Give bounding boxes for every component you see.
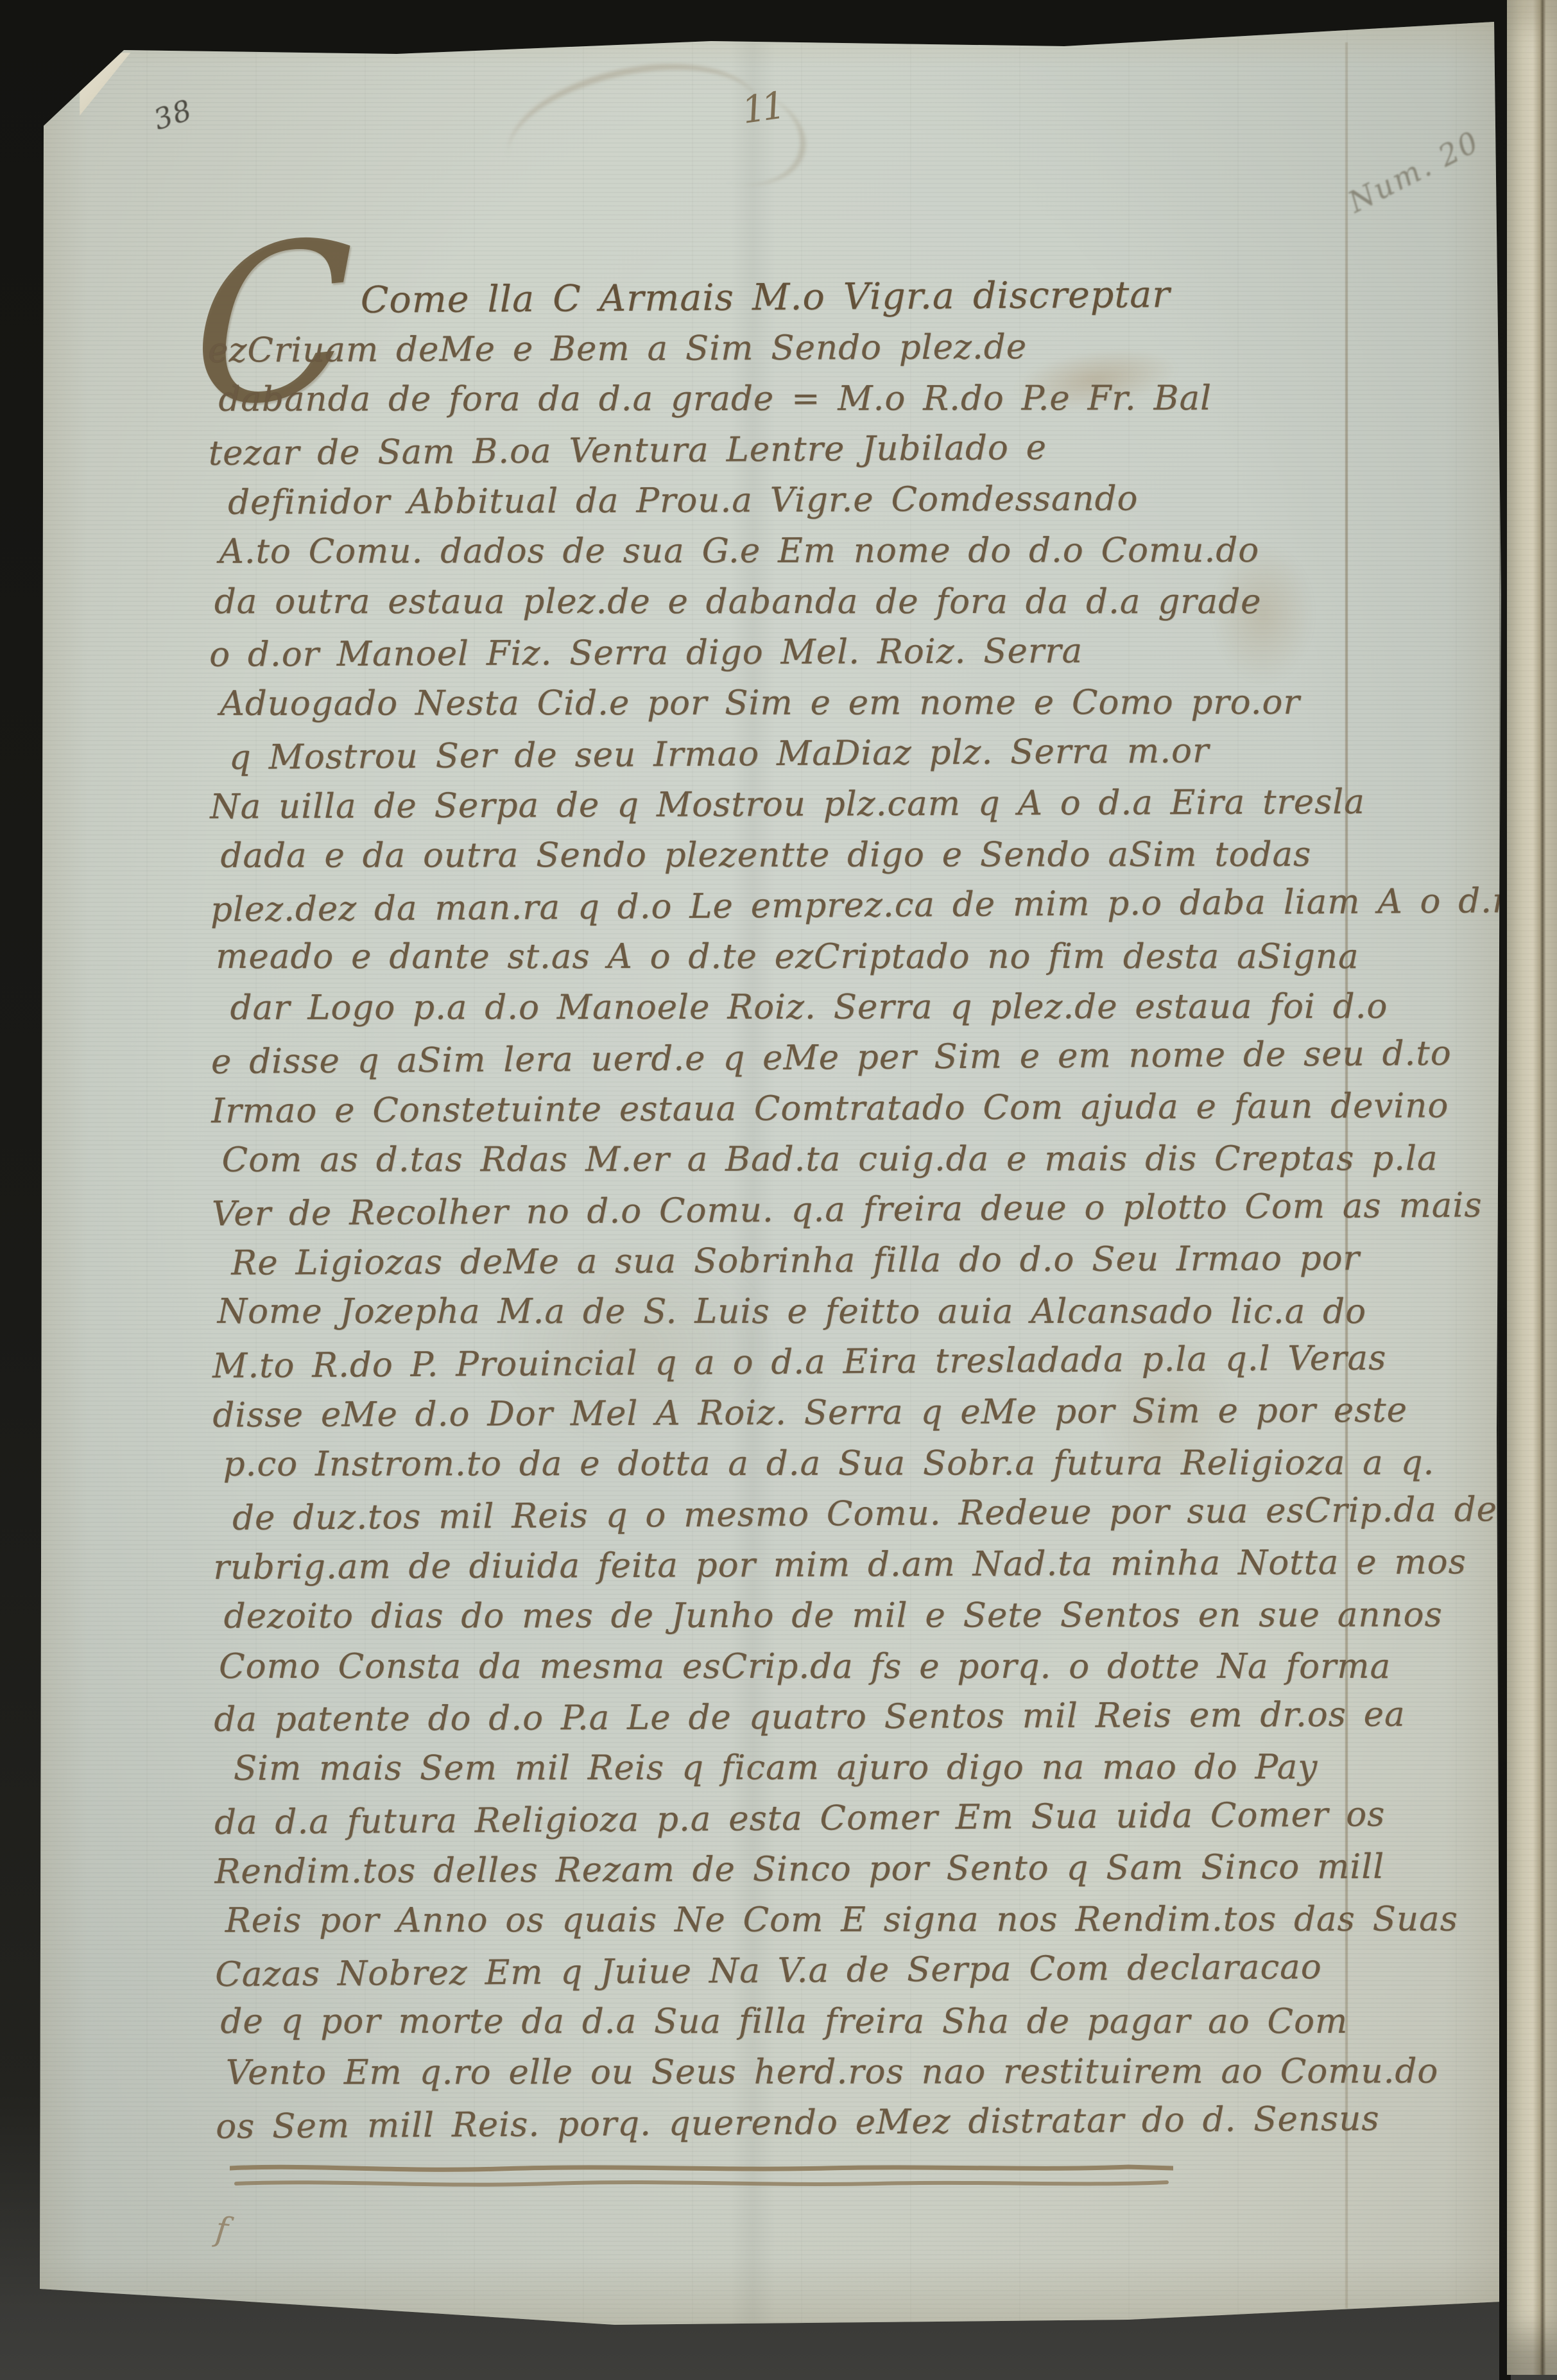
manuscript-text-block: Come lla C Armais M.o Vigr.a discreptar … <box>33 269 1508 2151</box>
manuscript-line: de duz.tos mil Reis q o mesmo Comu. Rede… <box>232 1485 1377 1544</box>
manuscript-line: Cazas Nobrez Em q Juiue Na V.a de Serpa … <box>215 1942 1379 2001</box>
manuscript-line: ezCriuam deMe e Bem a Sim Sendo plez.de <box>208 320 1371 376</box>
bottom-margin-mark: f <box>214 2210 230 2250</box>
manuscript-line: Nome Jozepha M.a de S. Luis e feitto aui… <box>218 1286 1375 1337</box>
manuscript-line: Reis por Anno os quais Ne Com E signa no… <box>225 1894 1378 1946</box>
manuscript-line: definidor Abbitual da Prou.a Vigr.e Comd… <box>228 472 1372 528</box>
manuscript-line: dar Logo p.a d.o Manoele Roiz. Serra q p… <box>230 981 1374 1033</box>
manuscript-line: da d.a futura Religioza p.a esta Comer E… <box>214 1789 1378 1849</box>
manuscript-line: os Sem mill Reis. porq. querendo eMez di… <box>216 2094 1379 2153</box>
manuscript-line: dada e da outra Sendo plezentte digo e S… <box>221 829 1373 881</box>
manuscript-line: o d.or Manoel Fiz. Serra digo Mel. Roiz.… <box>209 625 1372 680</box>
manuscript-line: meado e dante st.as A o d.te ezCriptado … <box>216 931 1373 982</box>
manuscript-line: da patente do d.o P.a Le de quatro Sento… <box>214 1689 1377 1745</box>
manuscript-line: Rendim.tos delles Rezam de Sinco por Sen… <box>214 1841 1377 1897</box>
manuscript-line: p.co Instrom.to da e dotta a d.a Sua Sob… <box>223 1438 1376 1490</box>
manuscript-line: dezoito dias do mes de Junho de mil e Se… <box>224 1590 1377 1642</box>
manuscript-line: A.to Comu. dados de sua G.e Em nome do d… <box>219 525 1372 577</box>
manuscript-line: Re Ligiozas deMe a sua Sobrinha filla do… <box>231 1233 1375 1289</box>
manuscript-line: tezar de Sam B.oa Ventura Lentre Jubilad… <box>209 420 1372 479</box>
manuscript-line: Vento Em q.ro elle ou Seus herd.ros nao … <box>226 2046 1379 2098</box>
manuscript-line: Como Consta da mesma esCrip.da fs e porq… <box>219 1641 1377 1692</box>
scanned-manuscript-photo: { "document": { "folio_number": "11", "c… <box>0 0 1557 2380</box>
manuscript-line: Come lla C Armais M.o Vigr.a discreptar <box>361 268 1372 326</box>
manuscript-line: plez.dez da man.ra q d.o Le emprez.ca de… <box>211 877 1374 936</box>
manuscript-line: q Mostrou Ser de seu Irmao MaDiaz plz. S… <box>229 725 1373 783</box>
manuscript-page: 38 11 C Come lla C Armais M.o Vigr.a dis… <box>37 17 1503 2327</box>
next-page-edge <box>1507 0 1557 2375</box>
manuscript-line: da outra estaua plez.de e dabanda de for… <box>214 576 1372 627</box>
closing-rule <box>230 2159 1173 2191</box>
folio-number: 11 <box>739 83 785 132</box>
manuscript-line: M.to R.do P. Prouincial q a o d.a Eira t… <box>212 1333 1376 1392</box>
manuscript-line: e disse q aSim lera uerd.e q eMe per Sim… <box>211 1029 1375 1088</box>
manuscript-line: Com as d.tas Rdas M.er a Bad.ta cuig.da … <box>222 1134 1375 1186</box>
folded-corner <box>80 53 162 130</box>
manuscript-line: de q por morte da d.a Sua filla freira S… <box>221 1996 1379 2047</box>
manuscript-line: dabanda de fora da d.a grade = M.o R.do … <box>218 373 1371 425</box>
manuscript-line: rubrig.am de diuida feita por mim d.am N… <box>213 1537 1376 1593</box>
manuscript-line: Ver de Recolher no d.o Comu. q.a freira … <box>212 1181 1375 1240</box>
manuscript-line: Irmao e Constetuinte estaua Comtratado C… <box>211 1081 1374 1137</box>
manuscript-line: Aduogado Nesta Cid.e por Sim e em nome e… <box>220 677 1373 729</box>
manuscript-line: disse eMe d.o Dor Mel A Roiz. Serra q eM… <box>212 1385 1375 1441</box>
manuscript-line: Sim mais Sem mil Reis q ficam ajuro digo… <box>234 1742 1377 1794</box>
archival-corner-mark: 38 <box>150 94 197 137</box>
manuscript-line: Na uilla de Serpa de q Mostrou plz.cam q… <box>210 777 1373 832</box>
